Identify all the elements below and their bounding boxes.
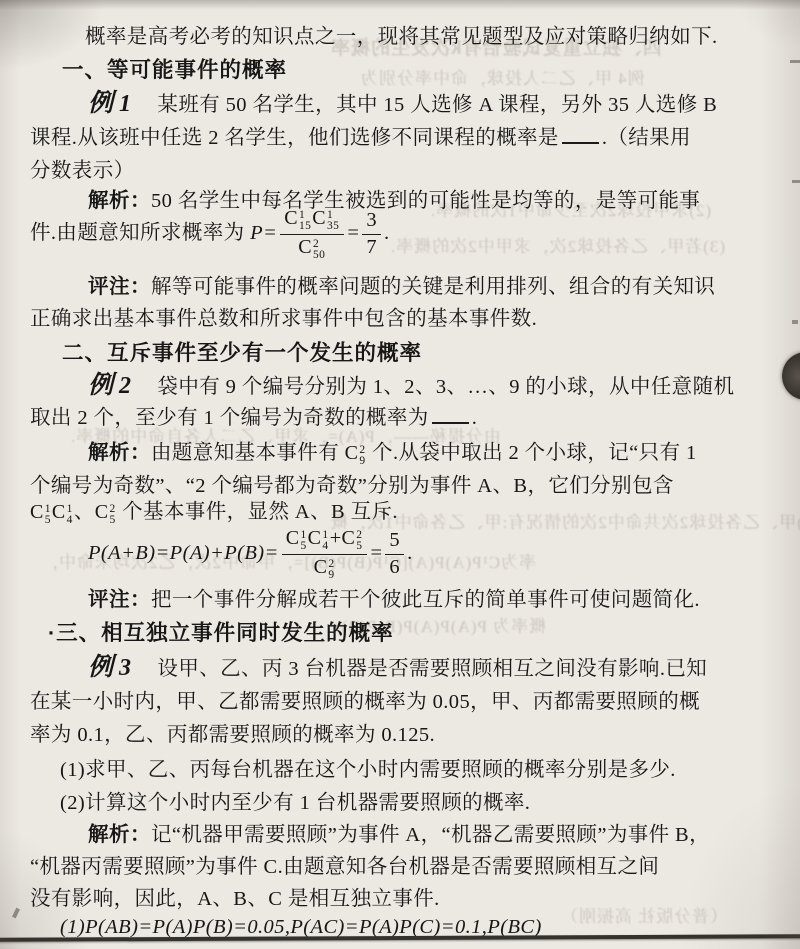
fraction-result: 37 bbox=[362, 210, 381, 258]
scan-artifact bbox=[792, 180, 800, 183]
note-label: 评注： bbox=[88, 275, 151, 298]
combination-symbol: C25 bbox=[342, 528, 364, 552]
plus-sign: + bbox=[330, 527, 342, 549]
analysis-label: 解析： bbox=[88, 823, 151, 846]
bleedthrough-text: 例4 甲、乙二人投球，命中率分别为 bbox=[360, 64, 645, 89]
example-2-problem-line-2: 取出 2 个，至少有 1 个编号为奇数的概率为. bbox=[30, 403, 477, 433]
example-3-number: 3 bbox=[119, 655, 131, 681]
example-1-problem-line-1: 例1某班有 50 名学生，其中 15 人选修 A 课程，另外 35 人选修 B bbox=[88, 88, 717, 120]
example-2-number: 2 bbox=[119, 373, 131, 399]
scan-artifact bbox=[12, 908, 20, 919]
problem-text: 取出 2 个，至少有 1 个编号为奇数的概率为 bbox=[30, 407, 429, 429]
example-2-formula-line: P(A+B)=P(A)+P(B)=C15C14+C25C29=56. bbox=[88, 525, 413, 581]
formula-lhs: P(A+B)=P(A)+P(B)= bbox=[88, 542, 279, 564]
example-2-problem-line-1: 例2袋中有 9 个编号分别为 1、2、3、…、9 的小球，从中任意随机 bbox=[88, 370, 734, 402]
document-page: 四、独立重复试验恰有k次发生的概率 例4 甲、乙二人投球，命中率分别为 (2)求… bbox=[0, 0, 800, 949]
analysis-label: 解析： bbox=[88, 441, 151, 464]
analysis-text: 个.从袋中取出 2 个小球，记“只有 1 bbox=[367, 442, 697, 464]
problem-text: . bbox=[472, 407, 478, 429]
combination-symbol: C15 bbox=[30, 497, 52, 527]
answer-blank bbox=[432, 408, 469, 424]
answer-blank bbox=[562, 128, 599, 144]
section-1-heading: 一、等可能事件的概率 bbox=[62, 55, 287, 85]
example-3-problem-line-1: 例3设甲、乙、丙 3 台机器是否需要照顾相互之间没有影响.已知 bbox=[88, 652, 707, 684]
bleedthrough-text: (3)若甲、乙各投球2次，求甲中2次的概率. bbox=[390, 232, 725, 257]
example-1-problem-line-2: 课程.从该班中任选 2 名学生，他们选修不同课程的概率是.（结果用 bbox=[30, 123, 691, 153]
combination-symbol: C14 bbox=[308, 528, 330, 552]
example-3-analysis-line-3: 没有影响，因此，A、B、C 是相互独立事件. bbox=[30, 884, 440, 914]
fraction-result: 56 bbox=[385, 530, 404, 578]
combination-symbol: C29 bbox=[314, 557, 336, 581]
combination-symbol: C250 bbox=[298, 237, 326, 261]
analysis-text: 记“机器甲需要照顾”为事件 A，“机器乙需要照顾”为事件 B， bbox=[151, 824, 710, 846]
scan-artifact bbox=[792, 320, 798, 324]
combination-symbol: C135 bbox=[312, 208, 340, 232]
combination-symbol: C29 bbox=[345, 438, 367, 468]
period: . bbox=[384, 222, 390, 244]
problem-text: 设甲、乙、丙 3 台机器是否需要照顾相互之间没有影响.已知 bbox=[157, 658, 707, 680]
example-1-problem-line-3: 分数表示） bbox=[30, 156, 135, 186]
combination-symbol: C15 bbox=[286, 528, 308, 552]
example-3-problem-line-2: 在某一小时内，甲、乙都需要照顾的概率为 0.05，甲、丙都需要照顾的概 bbox=[30, 687, 700, 717]
example-3-analysis-line-1: 解析：记“机器甲需要照顾”为事件 A，“机器乙需要照顾”为事件 B， bbox=[88, 820, 710, 850]
note-text: 把一个事件分解成若干个彼此互斥的简单事件可使问题简化. bbox=[151, 589, 700, 611]
analysis-text: 件.由题意知所求概率为 bbox=[30, 222, 245, 244]
equals-sign: = bbox=[370, 542, 382, 564]
analysis-text: 由题意知基本事件有 bbox=[151, 442, 345, 464]
example-3-question-2: (2)计算这个小时内至少有 1 台机器需要照顾的概率. bbox=[60, 788, 530, 818]
separator: 、 bbox=[74, 501, 95, 523]
example-1-formula-line: 件.由题意知所求概率为 P=C115C135C250=37. bbox=[30, 205, 390, 261]
section-2-heading: 二、互斥事件至少有一个发生的概率 bbox=[62, 338, 422, 368]
example-3-analysis-line-2: “机器丙需要照顾”为事件 C.由题意知各台机器是否需要照顾相互之间 bbox=[30, 852, 659, 882]
bleedthrough-text: （普分版社 高振刚） bbox=[560, 902, 727, 927]
example-2-note-line: 评注：把一个事件分解成若干个彼此互斥的简单事件可使问题简化. bbox=[88, 585, 700, 615]
example-3-question-1: (1)求甲、乙、丙每台机器在这个小时内需要照顾的概率分别是多少. bbox=[60, 755, 676, 785]
scan-artifact bbox=[790, 60, 800, 63]
problem-text: 课程.从该班中任选 2 名学生，他们选修不同课程的概率是 bbox=[30, 127, 559, 149]
analysis-text: 个基本事件，显然 A、B 互斥. bbox=[117, 501, 398, 523]
section-3-heading: ·三、相互独立事件同时发生的概率 bbox=[48, 618, 394, 648]
combination-symbol: C14 bbox=[52, 497, 74, 527]
period: . bbox=[407, 542, 413, 564]
example-3-problem-line-3: 率为 0.1，乙、丙都需要照顾的概率为 0.125. bbox=[30, 720, 435, 750]
problem-text: .（结果用 bbox=[602, 127, 691, 149]
example-1-number: 1 bbox=[119, 91, 131, 117]
fraction: C115C135C250 bbox=[280, 208, 344, 261]
example-2-label: 例 bbox=[88, 371, 115, 399]
combination-symbol: C115 bbox=[284, 208, 312, 232]
example-1-note-line-1: 评注：解等可能事件的概率问题的关键是利用排列、组合的有关知识 bbox=[88, 272, 715, 302]
intro-paragraph: 概率是高考必考的知识点之一，现将其常见题型及应对策略归纳如下. bbox=[85, 22, 718, 52]
example-3-label: 例 bbox=[88, 653, 115, 681]
scan-notch-artifact bbox=[782, 352, 800, 400]
formula-lhs: P= bbox=[250, 222, 277, 244]
problem-text: 袋中有 9 个编号分别为 1、2、3、…、9 的小球，从中任意随机 bbox=[157, 376, 734, 398]
equals-sign: = bbox=[347, 222, 359, 244]
note-label: 评注： bbox=[88, 588, 151, 611]
note-text: 解等可能事件的概率问题的关键是利用排列、组合的有关知识 bbox=[151, 276, 715, 298]
example-2-analysis-line-1: 解析：由题意知基本事件有 C29 个.从袋中取出 2 个小球，记“只有 1 bbox=[88, 438, 697, 468]
example-1-note-line-2: 正确求出基本事件总数和所求事件中包含的基本事件数. bbox=[30, 304, 537, 334]
example-2-analysis-line-3: C15C14、C25 个基本事件，显然 A、B 互斥. bbox=[30, 497, 398, 527]
artifact-dot: · bbox=[48, 621, 56, 645]
problem-text: 某班有 50 名学生，其中 15 人选修 A 课程，另外 35 人选修 B bbox=[157, 94, 717, 116]
example-1-label: 例 bbox=[88, 89, 115, 117]
combination-symbol: C25 bbox=[95, 497, 117, 527]
fraction: C15C14+C25C29 bbox=[282, 528, 368, 581]
